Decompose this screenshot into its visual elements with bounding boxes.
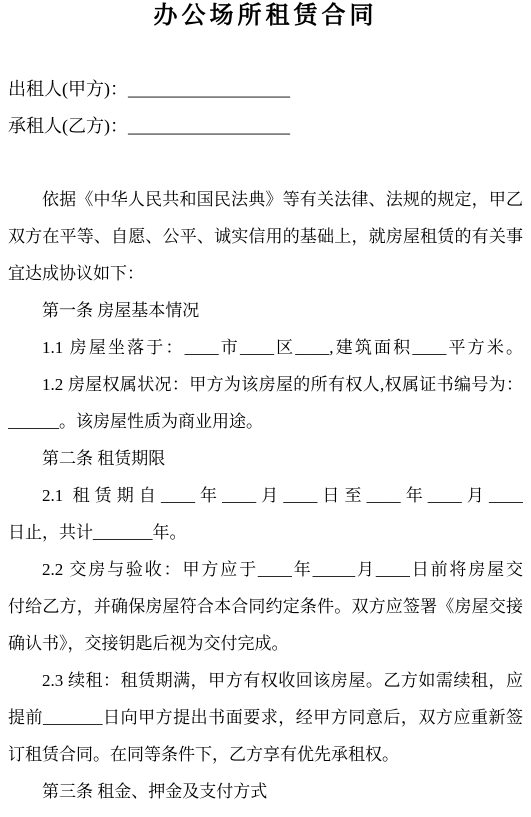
- clause-1-1: 1.1 房屋坐落于：____市____区____,建筑面积____平方米。: [8, 329, 523, 366]
- clause-2-2-line-1: 2.2 交房与验收：甲方应于____年_____月____日前将房屋交: [8, 551, 523, 588]
- party-a-blank-field: __________________: [128, 79, 290, 99]
- clause-2-1-line-1: 2.1 租赁期自____年____月____日至____年____月____: [8, 477, 523, 514]
- clause-1-2-line-2: ______。该房屋性质为商业用途。: [8, 403, 523, 440]
- contract-body: 依据《中华人民共和国民法典》等有关法律、法规的规定，甲乙 双方在平等、自愿、公平…: [8, 181, 523, 810]
- preamble-line-2: 双方在平等、自愿、公平、诚实信用的基础上，就房屋租赁的有关事: [8, 218, 523, 255]
- preamble-line-1: 依据《中华人民共和国民法典》等有关法律、法规的规定，甲乙: [8, 181, 523, 218]
- clause-2-3-line-2: 提前_______日向甲方提出书面要求，经甲方同意后，双方应重新签: [8, 699, 523, 736]
- party-b-label: 承租人(乙方)：: [8, 116, 128, 136]
- party-a-label: 出租人(甲方)：: [8, 79, 128, 99]
- clause-1-2-line-1: 1.2 房屋权属状况：甲方为该房屋的所有权人,权属证书编号为：: [8, 366, 523, 403]
- party-b-row: 承租人(乙方)：__________________: [8, 108, 523, 145]
- party-b-blank-field: __________________: [128, 116, 290, 136]
- document-title: 办公场所租赁合同: [8, 0, 523, 30]
- party-a-row: 出租人(甲方)：__________________: [8, 71, 523, 108]
- clause-2-3-line-3: 订租赁合同。在同等条件下，乙方享有优先承租权。: [8, 736, 523, 773]
- clause-2-2-line-3: 确认书》，交接钥匙后视为交付完成。: [8, 625, 523, 662]
- parties-block: 出租人(甲方)：__________________ 承租人(乙方)：_____…: [8, 71, 523, 145]
- clause-2-2-line-2: 付给乙方，并确保房屋符合本合同约定条件。双方应签署《房屋交接: [8, 588, 523, 625]
- section-3-heading: 第三条 租金、押金及支付方式: [8, 773, 523, 810]
- preamble-line-3: 宜达成协议如下：: [8, 255, 523, 292]
- clause-2-3-line-1: 2.3 续租：租赁期满，甲方有权收回该房屋。乙方如需续租，应: [8, 662, 523, 699]
- contract-document-page: 办公场所租赁合同 出租人(甲方)：__________________ 承租人(…: [0, 0, 531, 817]
- section-1-heading: 第一条 房屋基本情况: [8, 292, 523, 329]
- section-2-heading: 第二条 租赁期限: [8, 440, 523, 477]
- clause-2-1-line-2: 日止，共计_______年。: [8, 514, 523, 551]
